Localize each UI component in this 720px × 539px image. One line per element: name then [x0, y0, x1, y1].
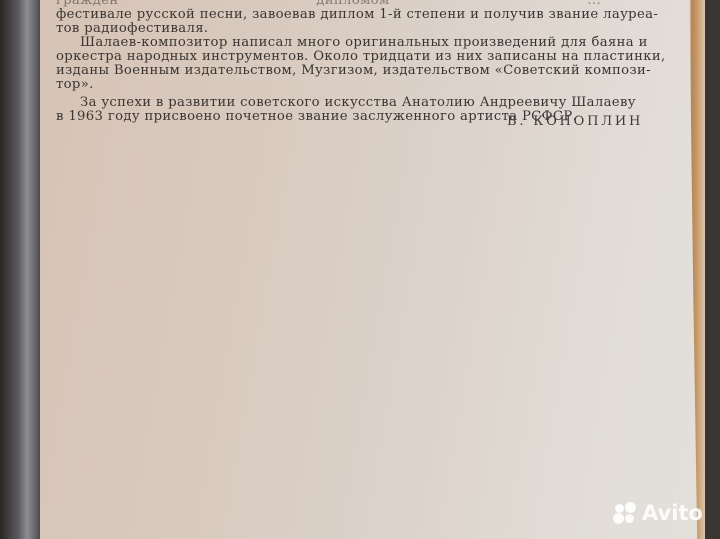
avito-dots-logo-icon [613, 502, 639, 524]
text-line: За успехи в развитии советского искусств… [56, 96, 601, 110]
text-line: гражден дипломом ... [56, 0, 601, 8]
background-surface [0, 0, 45, 539]
text-line: оркестра народных инструментов. Около тр… [56, 50, 601, 64]
text-line: тор». [56, 78, 601, 92]
text-line: изданы Военным издательством, Музгизом, … [56, 64, 601, 78]
text-line: Шалаев-композитор написал много оригинал… [56, 36, 601, 50]
avito-watermark: Avito [613, 500, 703, 526]
text-line: тов радиофестиваля. [56, 22, 601, 36]
author-signature: В. КОНОПЛИН [507, 114, 643, 129]
watermark-label: Avito [642, 501, 703, 525]
text-line: фестивале русской песни, завоевав диплом… [56, 8, 601, 22]
page-edge [679, 0, 705, 539]
article-text: гражден дипломом ... фестивале русской п… [56, 0, 601, 124]
